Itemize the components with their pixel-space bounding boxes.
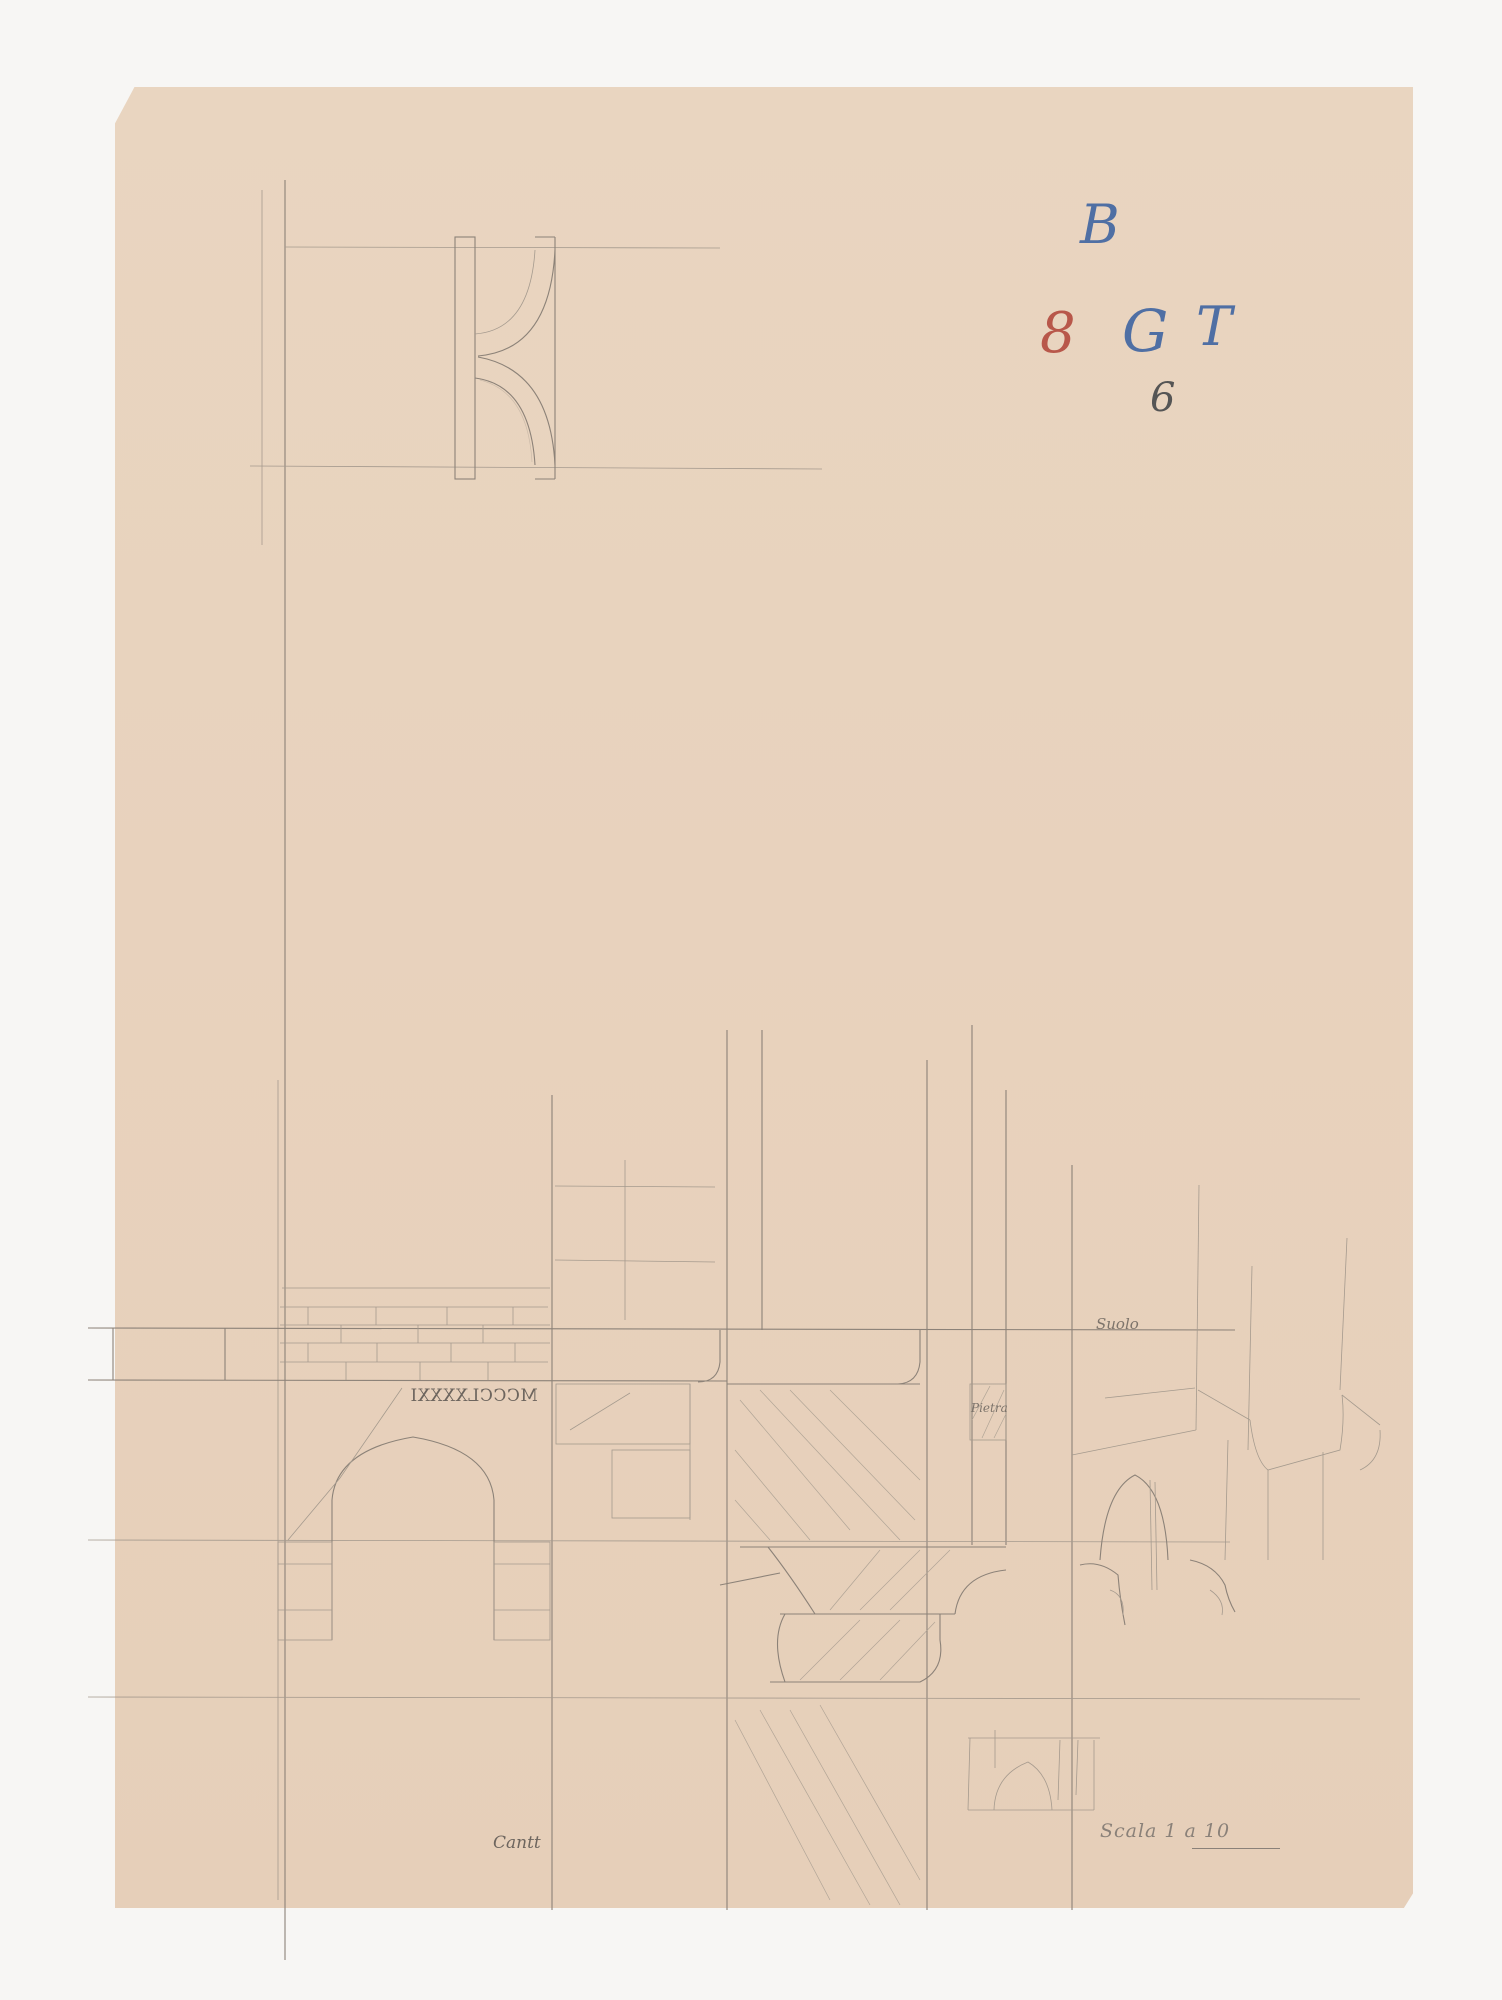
label-cantt: Cantt xyxy=(493,1835,541,1852)
catalog-mark-g: G xyxy=(1122,302,1168,360)
portal-elevation xyxy=(278,1288,550,1640)
window-sketch xyxy=(555,1160,715,1520)
label-suolo: Suolo xyxy=(1096,1317,1139,1332)
catalog-mark-pencil-number: 6 xyxy=(1150,378,1175,418)
portal-inscription: MCCCLXXXXI xyxy=(410,1388,538,1405)
small-elevation-sketch xyxy=(968,1730,1100,1810)
cornice-section xyxy=(698,1330,1006,1905)
plan-detail-top xyxy=(250,180,822,1960)
scale-underline xyxy=(1192,1848,1280,1849)
scale-label: Scala 1 a 10 xyxy=(1100,1822,1230,1841)
catalog-mark-t: T xyxy=(1196,300,1232,354)
construction-lines xyxy=(88,1025,1360,1910)
label-pietra: Pietra xyxy=(971,1402,1008,1414)
catalog-mark-b: B xyxy=(1080,198,1120,252)
architectural-drawing xyxy=(0,0,1502,2000)
catalog-mark-red-number: 8 xyxy=(1040,306,1076,362)
perspective-corner xyxy=(1072,1185,1380,1625)
